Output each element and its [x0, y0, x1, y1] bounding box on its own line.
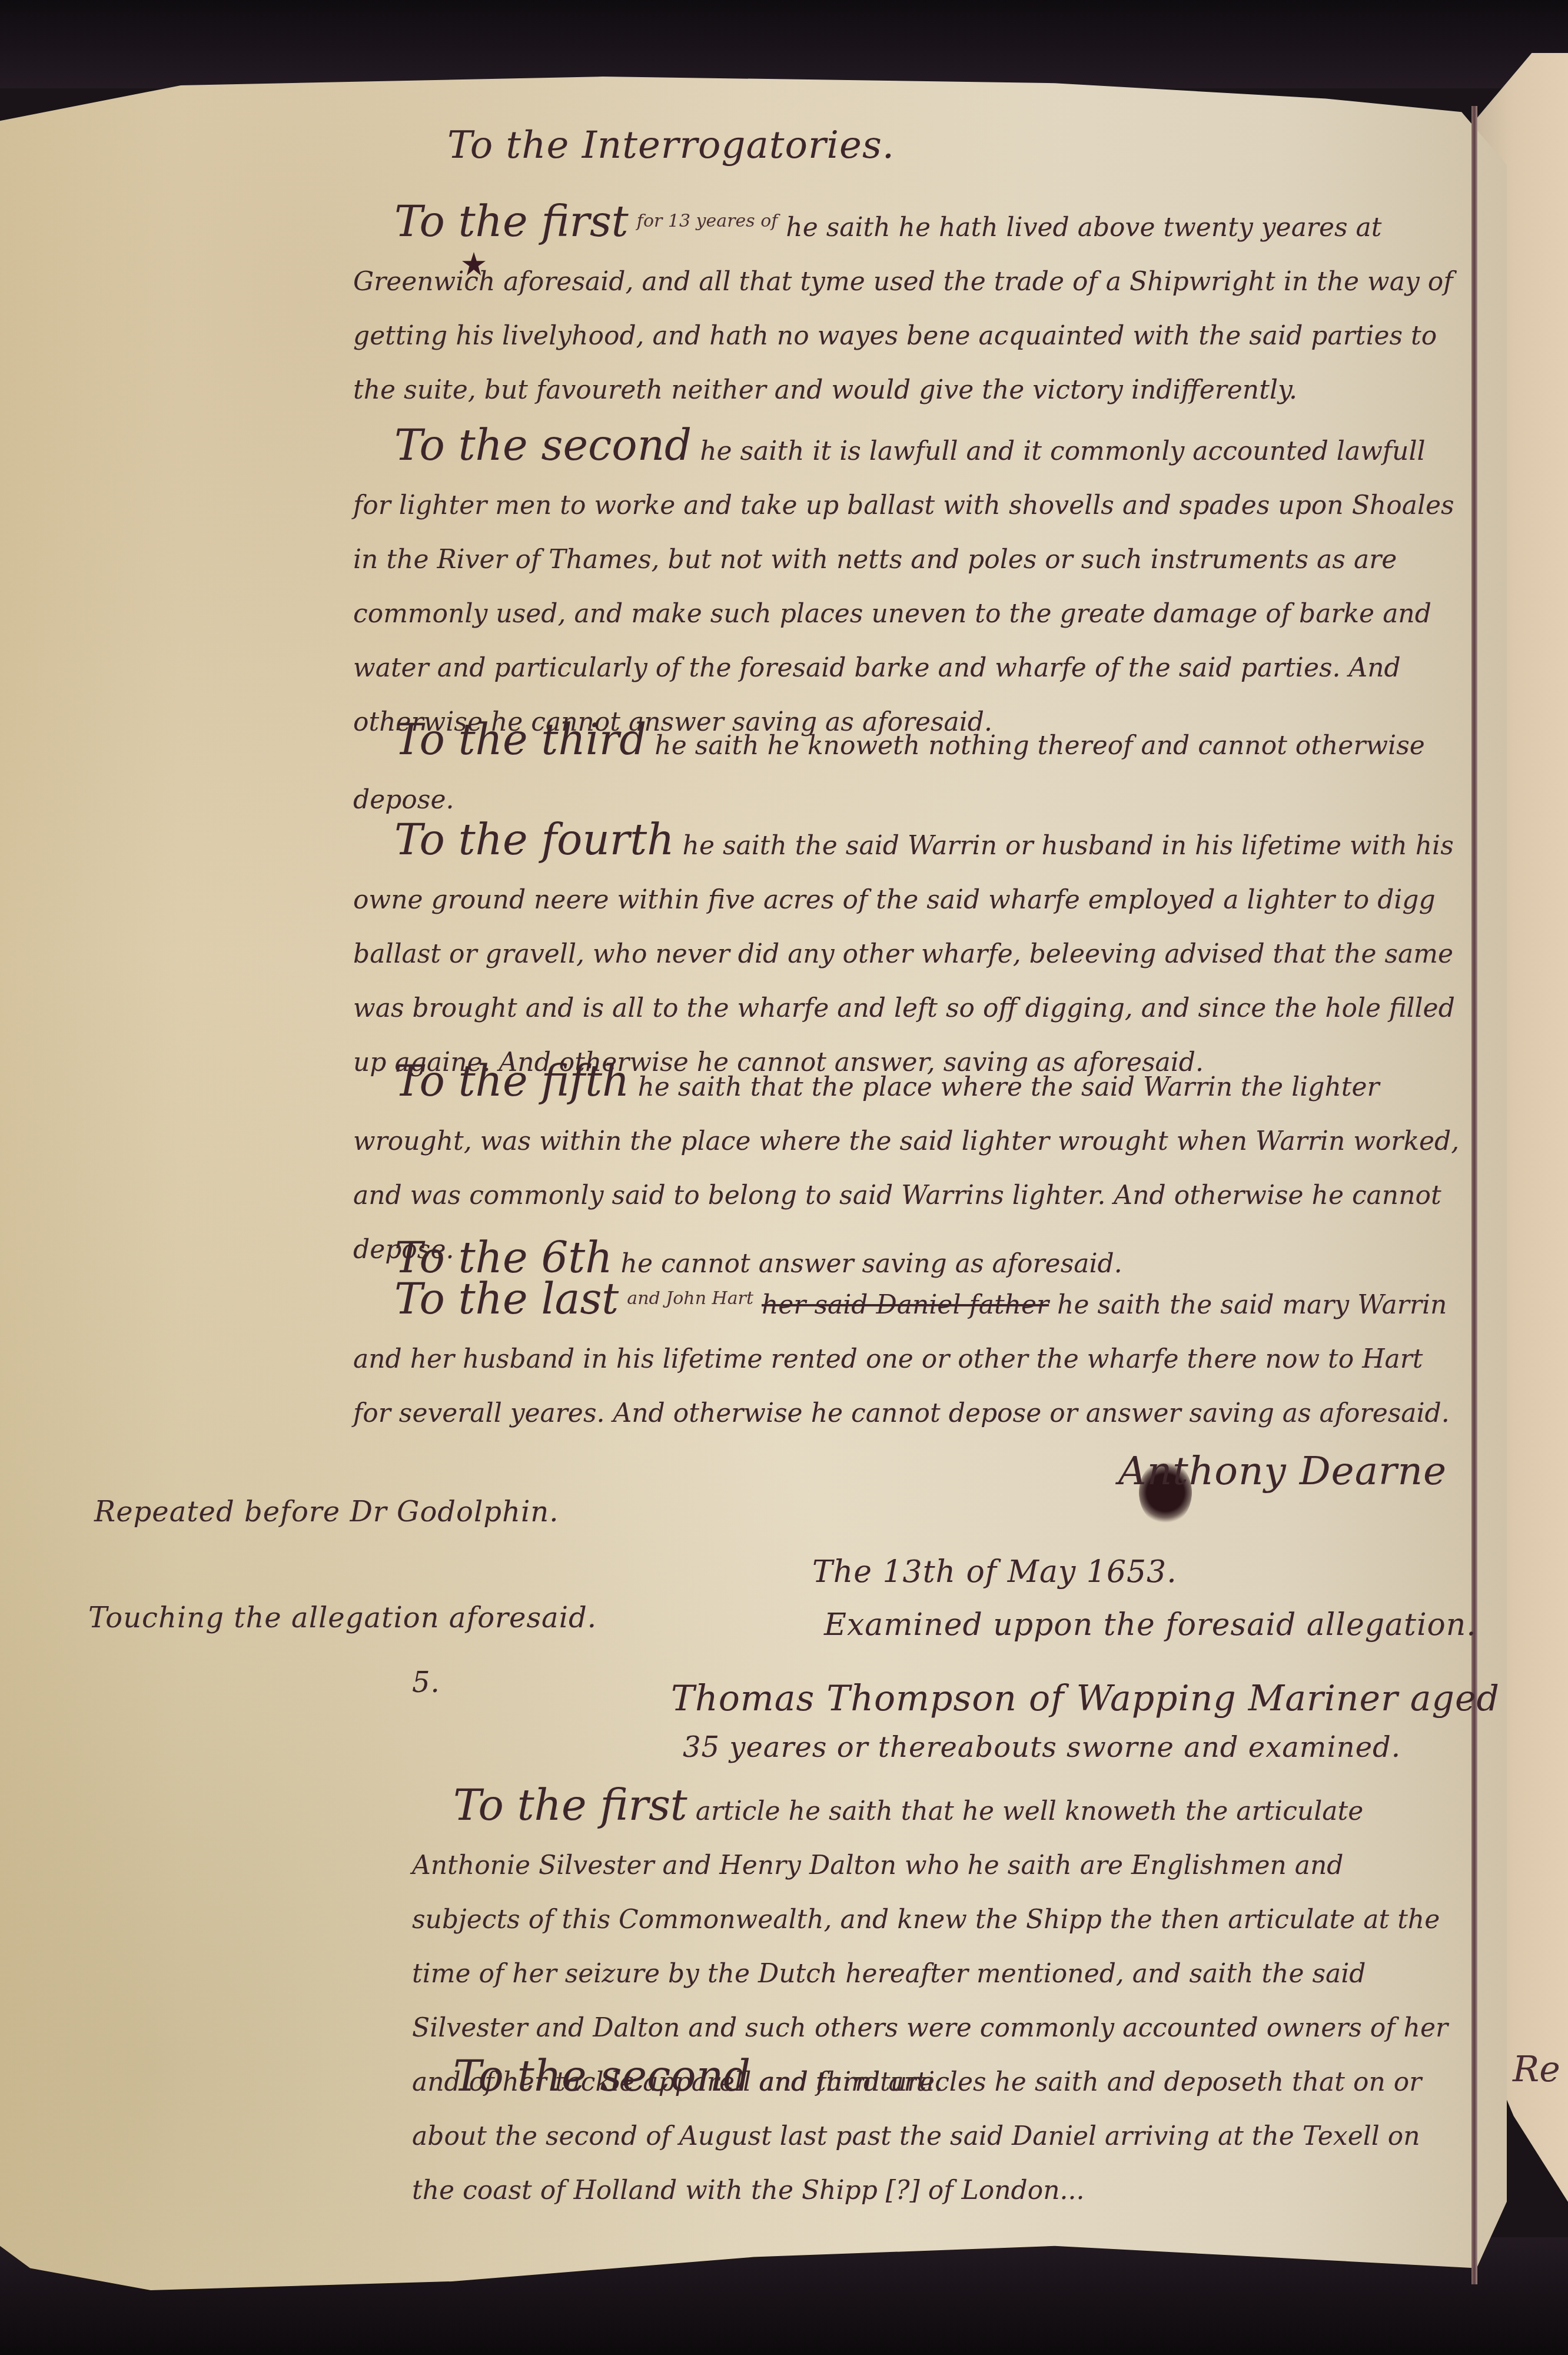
paragraph-label: To the fourth — [394, 815, 675, 864]
witness-signature: Anthony Dearne — [1118, 1448, 1447, 1494]
margin-note-touching: Touching the allegation aforesaid. — [88, 1601, 597, 1634]
paragraph-label: To the fifth — [394, 1056, 629, 1106]
struck-through-text: her said Daniel father — [762, 1290, 1049, 1320]
paragraph-text: he saith the said Warrin or husband in h… — [353, 831, 1455, 1077]
witness-name-line: Thomas Thompson of Wapping Mariner aged — [671, 1678, 1500, 1719]
examination-date: The 13th of May 1653. — [812, 1548, 1177, 1596]
page-gutter — [1471, 106, 1477, 2284]
deposition-number: 5. — [412, 1666, 440, 1699]
interlinear-insertion: and John Hart — [627, 1288, 753, 1309]
margin-note-repeated: Repeated before Dr Godolphin. — [94, 1495, 559, 1528]
paragraph-label: To the second — [453, 2051, 750, 2101]
facing-page-fragment: Re — [1513, 2049, 1560, 2090]
deposition-paragraph-1: To the first for 13 yeares of he saith h… — [353, 194, 1460, 417]
paragraph-label: To the second — [394, 420, 692, 470]
witness-details-line: 35 yeares or thereabouts sworne and exam… — [683, 1731, 1401, 1764]
paragraph-label: To the last — [394, 1274, 619, 1324]
examination-note: Examined uppon the foresaid allegation. — [824, 1601, 1477, 1648]
paragraph-label: To the first — [453, 1780, 687, 1830]
deposition-paragraph-3: To the third he saith he knoweth nothing… — [353, 712, 1460, 827]
deposition-paragraph-4: To the fourth he saith the said Warrin o… — [353, 812, 1460, 1090]
paragraph-text: he saith it is lawfull and it commonly a… — [353, 436, 1454, 737]
page-heading: To the Interrogatories. — [447, 124, 895, 167]
deposition-paragraph-2: To the second he saith it is lawfull and… — [353, 418, 1460, 749]
deposition-paragraph-7: To the last and John Hart her said Danie… — [353, 1272, 1460, 1441]
interlinear-insertion: for 13 yeares of — [637, 211, 778, 231]
paragraph-label: To the first — [394, 197, 629, 246]
paragraph-label: To the third — [394, 715, 646, 764]
second-deposition-paragraph-2: To the second and third articles he sait… — [412, 2049, 1460, 2218]
dark-backdrop-top — [0, 0, 1568, 88]
